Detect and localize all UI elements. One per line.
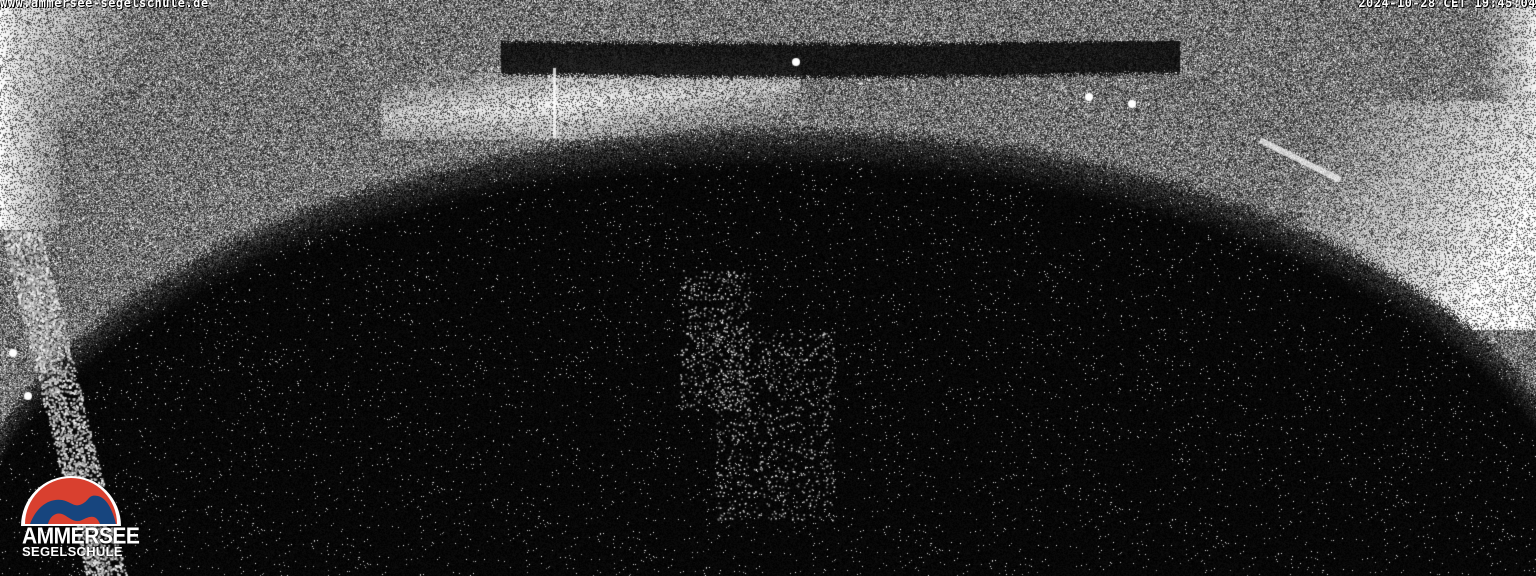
logo-subtitle: SEGELSCHULE (22, 544, 128, 559)
webcam-frame: www.ammersee-segelschule.de 2024-10-28 C… (0, 0, 1536, 576)
timestamp-overlay: 2024-10-28 CET 19:45:04 (1358, 0, 1536, 9)
sun-wave-logo-icon (18, 456, 124, 530)
ammersee-segelschule-logo: AMMERSEE SEGELSCHULE (18, 456, 124, 560)
webcam-image (0, 0, 1536, 576)
website-url-overlay: www.ammersee-segelschule.de (0, 0, 209, 9)
